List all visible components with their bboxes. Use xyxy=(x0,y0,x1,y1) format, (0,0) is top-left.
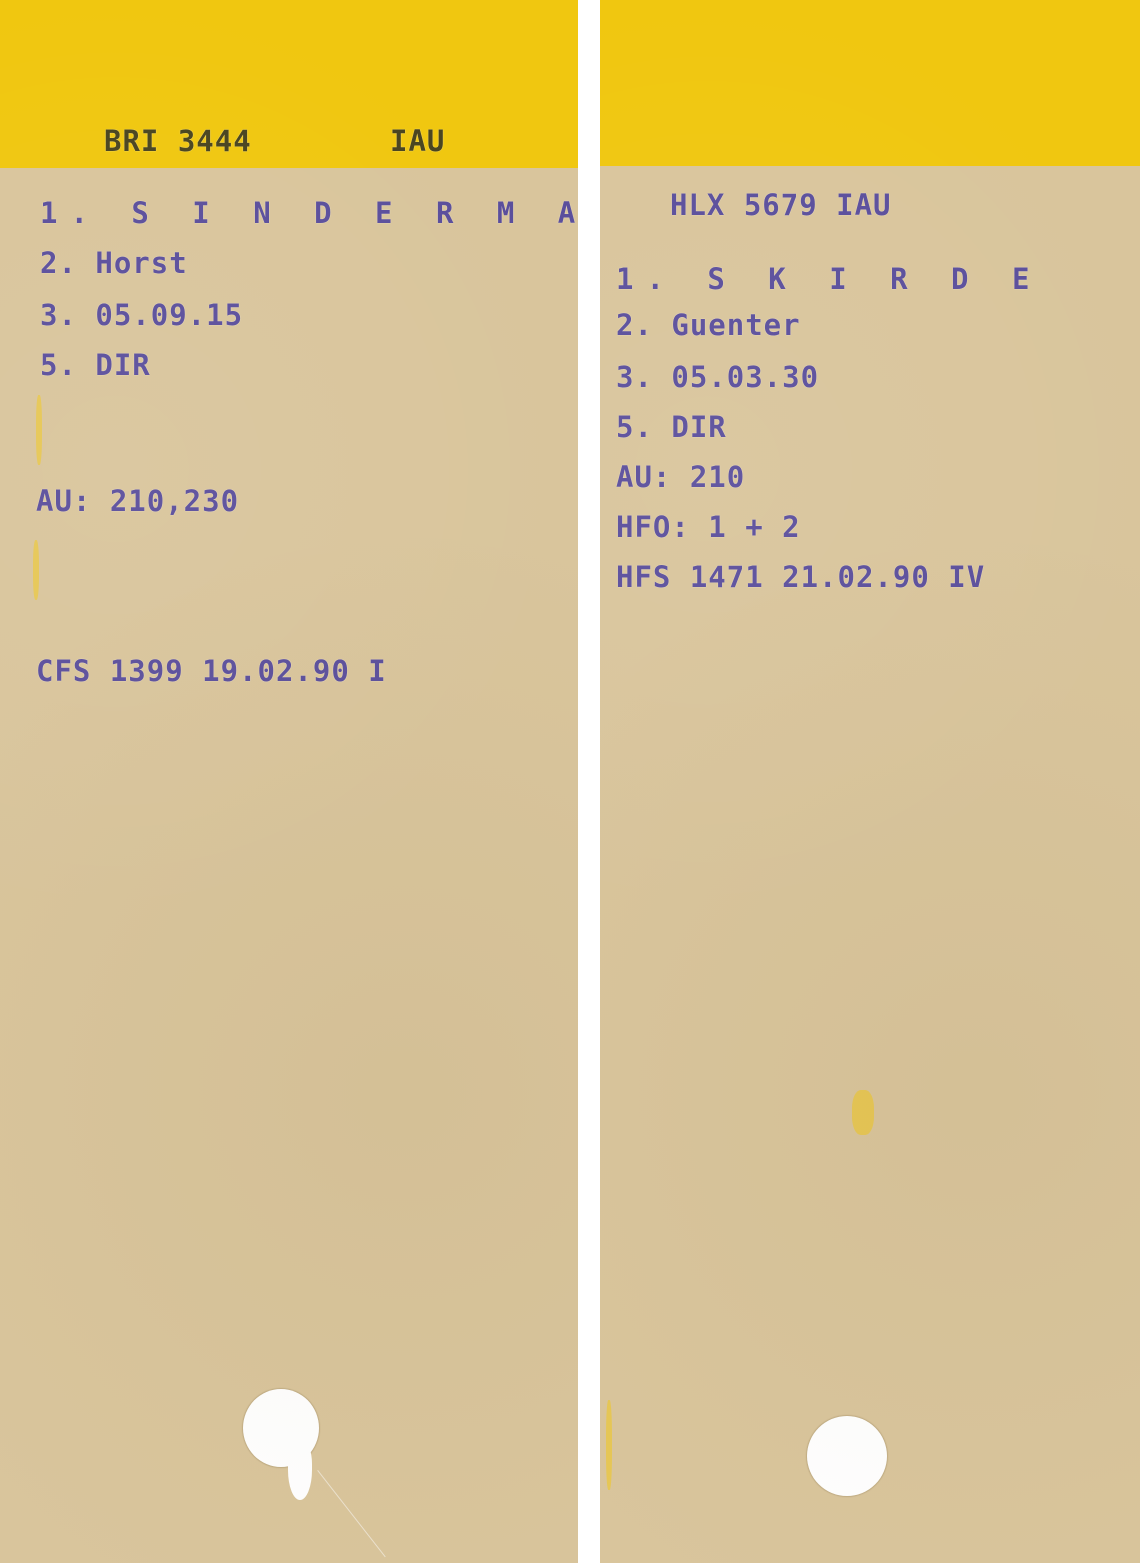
field-surname: 1. S I N D E R M A N N xyxy=(40,196,578,230)
field-au: AU: 210,230 xyxy=(36,484,239,518)
punch-hole-tear xyxy=(288,1440,312,1500)
card-code-line: HLX 5679 IAU xyxy=(670,188,892,222)
header-band xyxy=(600,0,1140,166)
field-reference: CFS 1399 19.02.90 I xyxy=(36,654,387,688)
yellow-smear xyxy=(33,540,39,600)
index-card-right: HLX 5679 IAU 1. S K I R D E 2. Guenter 3… xyxy=(600,0,1140,1563)
punch-hole xyxy=(807,1416,887,1496)
card-code: BRI 3444 xyxy=(104,124,252,158)
header-band xyxy=(0,0,578,168)
field-birthdate: 3. 05.09.15 xyxy=(40,298,243,332)
field-position: 5. DIR xyxy=(40,348,151,382)
field-firstname: 2. Guenter xyxy=(616,308,801,342)
field-reference: HFS 1471 21.02.90 IV xyxy=(616,560,985,594)
yellow-smear xyxy=(852,1090,874,1135)
field-surname: 1. S K I R D E xyxy=(616,262,1042,296)
field-hfo: HFO: 1 + 2 xyxy=(616,510,801,544)
card-unit: IAU xyxy=(390,124,445,158)
yellow-smear xyxy=(36,395,42,465)
field-au: AU: 210 xyxy=(616,460,745,494)
field-firstname: 2. Horst xyxy=(40,246,188,280)
field-position: 5. DIR xyxy=(616,410,727,444)
yellow-smear xyxy=(606,1400,612,1490)
paper-crease xyxy=(317,1470,386,1557)
field-birthdate: 3. 05.03.30 xyxy=(616,360,819,394)
index-card-left: BRI 3444 IAU 1. S I N D E R M A N N 2. H… xyxy=(0,0,578,1563)
